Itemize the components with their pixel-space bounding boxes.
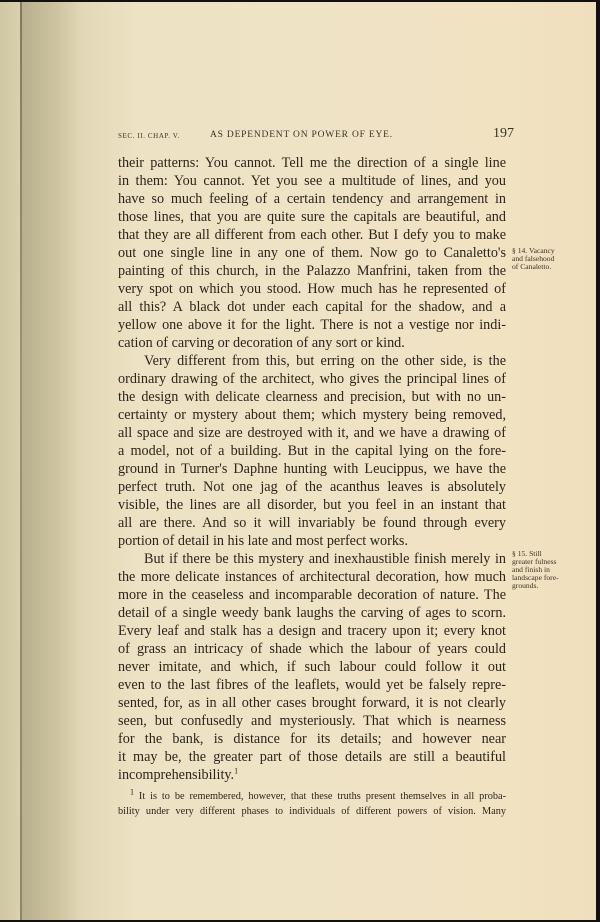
text-line: in them: You cannot. Yet you see a multi… xyxy=(118,172,506,190)
margin-note-section-15: § 15. Still greater fulness and finish i… xyxy=(512,550,582,590)
text-line: detail of a single weedy bank laughs the… xyxy=(118,604,506,622)
margin-note-line: of Canaletto. xyxy=(512,263,582,271)
text-line: painting of this church, in the Palazzo … xyxy=(118,262,506,280)
text-line: a model, not of a building. But in the c… xyxy=(118,442,506,460)
text-line: more in the ceaseless and incomparable d… xyxy=(118,586,506,604)
text-line: all are there. And so it will invariably… xyxy=(118,514,506,532)
text-line: ordinary drawing of the architect, who g… xyxy=(118,370,506,388)
footnote-reference: 1 xyxy=(234,766,238,775)
page-number: 197 xyxy=(493,126,514,142)
text-line: seen, but confusedly and mysteriously. T… xyxy=(118,712,506,730)
text-line: yellow one above it for the light. There… xyxy=(118,316,506,334)
gutter-shadow xyxy=(22,2,82,920)
text-line: visible, the lines are all disorder, but… xyxy=(118,496,506,514)
text-line: portion of detail in his late and most p… xyxy=(118,532,506,550)
text-line: never imitate, and which, if such labour… xyxy=(118,658,506,676)
text-line: their patterns: You cannot. Tell me the … xyxy=(118,154,506,172)
section-chapter-label: SEC. II. CHAP. V. xyxy=(118,132,180,140)
text-line: for the bank, is distance for its detail… xyxy=(118,730,506,748)
text-line: have so much feeling of a certain tenden… xyxy=(118,190,506,208)
text-line: all this? A black dot under each capital… xyxy=(118,298,506,316)
text-line: ground in Turner's Daphne hunting with L… xyxy=(118,460,506,478)
scanned-book-page: SEC. II. CHAP. V. AS DEPENDENT ON POWER … xyxy=(0,2,596,920)
footnote-marker: 1 xyxy=(130,788,134,797)
text-line: Every leaf and stalk has a design and tr… xyxy=(118,622,506,640)
running-title: AS DEPENDENT ON POWER OF EYE. xyxy=(210,130,393,140)
footnote-line: bility under very different phases to in… xyxy=(118,805,506,819)
text-line: of grass an intricacy of shade which the… xyxy=(118,640,506,658)
text-line: Very different from this, but erring on … xyxy=(144,352,506,370)
text-line-content: incomprehensibility. xyxy=(118,767,234,783)
text-line: out one single line in any one of them. … xyxy=(118,244,506,262)
text-line: it may be, the greater part of those det… xyxy=(118,748,506,766)
text-line: all space and size are destroyed with it… xyxy=(118,424,506,442)
text-line: those lines, that you are quite sure the… xyxy=(118,208,506,226)
margin-note-section-14: § 14. Vacancy and falsehood of Canaletto… xyxy=(512,247,582,271)
margin-note-line: grounds. xyxy=(512,582,582,590)
text-line: perfect truth. Not one jag of the acanth… xyxy=(118,478,506,496)
text-line: But if there be this mystery and inexhau… xyxy=(144,550,506,568)
text-line: incomprehensibility.1 xyxy=(118,766,506,784)
running-header: SEC. II. CHAP. V. AS DEPENDENT ON POWER … xyxy=(118,126,514,146)
footnote-text: It is to be remembered, however, that th… xyxy=(139,791,506,802)
text-line: cation of carving or decoration of any s… xyxy=(118,334,506,352)
text-line: very spot on which you stood. How much h… xyxy=(118,280,506,298)
text-line: sented, for, as in all other cases broug… xyxy=(118,694,506,712)
text-line: even to the last fibres of the leaflets,… xyxy=(118,676,506,694)
text-line: certainty or mystery about them; which m… xyxy=(118,406,506,424)
text-line: the design with delicate clearness and p… xyxy=(118,388,506,406)
text-line: the more delicate instances of architect… xyxy=(118,568,506,586)
text-line: that they are all different from each ot… xyxy=(118,226,506,244)
footnote-line: 1 It is to be remembered, however, that … xyxy=(130,790,506,804)
